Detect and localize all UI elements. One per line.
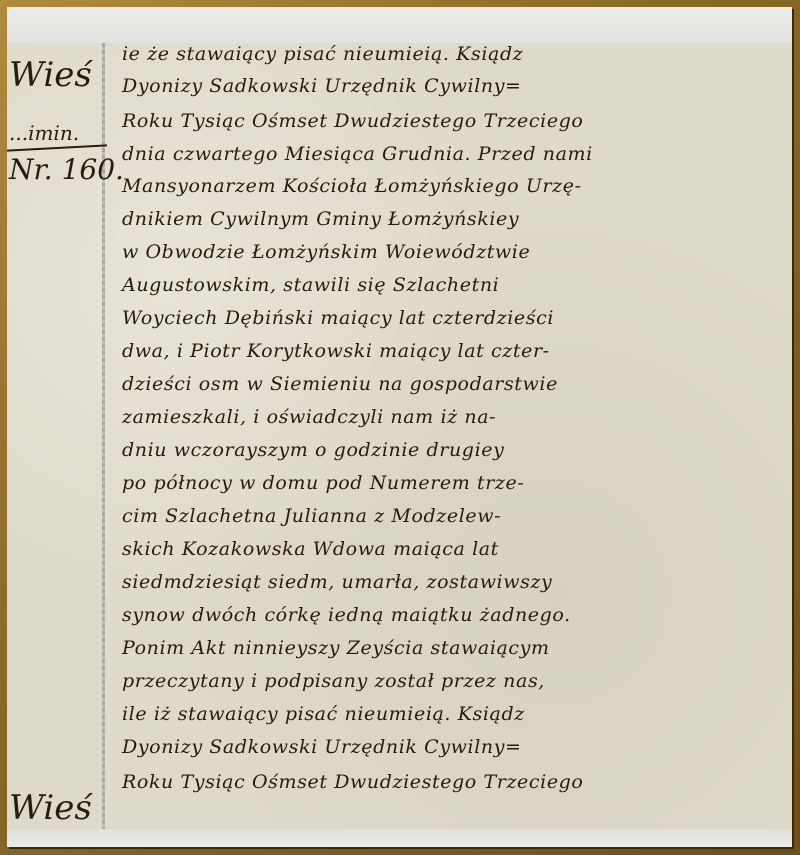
text-line: po północy w domu pod Numerem trze-	[122, 472, 524, 494]
manuscript-page: Wieś ...imin. Nr. 160. Wieś ie że stawai…	[7, 43, 792, 829]
text-line: dnikiem Cywilnym Gminy Łomżyńskiey	[122, 208, 519, 230]
backing-strip-bottom	[7, 829, 792, 847]
text-line: Augustowskim, stawili się Szlachetni	[122, 274, 499, 296]
text-line: dwa, i Piotr Korytkowski maiący lat czte…	[122, 340, 550, 362]
text-line: Dyonizy Sadkowski Urzędnik Cywilny=	[122, 75, 522, 97]
margin-underline	[7, 144, 107, 151]
text-line: Roku Tysiąc Ośmset Dwudziestego Trzecieg…	[122, 771, 583, 793]
text-line: skich Kozakowska Wdowa maiąca lat	[122, 538, 499, 560]
margin-heading-bottom: Wieś	[9, 788, 92, 828]
text-line: Woyciech Dębiński maiący lat czterdzieśc…	[122, 307, 554, 329]
text-line: Ponim Akt ninnieyszy Zeyścia stawaiącym	[122, 637, 550, 659]
text-line: dniu wczorayszym o godzinie drugiey	[122, 439, 504, 461]
image-viewport: Wieś ...imin. Nr. 160. Wieś ie że stawai…	[7, 7, 792, 847]
record-number: Nr. 160.	[9, 153, 124, 186]
text-line: dzieści osm w Siemieniu na gospodarstwie	[122, 373, 558, 395]
text-line: ie że stawaiący pisać nieumieią. Ksiądz	[122, 43, 523, 65]
margin-heading-top: Wieś	[9, 55, 92, 95]
text-line: przeczytany i podpisany został przez nas…	[122, 670, 545, 692]
gold-frame: Wieś ...imin. Nr. 160. Wieś ie że stawai…	[0, 0, 800, 855]
text-line: w Obwodzie Łomżyńskim Woiewództwie	[122, 241, 530, 263]
text-line: dnia czwartego Miesiąca Grudnia. Przed n…	[122, 143, 593, 165]
backing-strip-top	[7, 7, 792, 43]
text-line: Dyonizy Sadkowski Urzędnik Cywilny=	[122, 736, 522, 758]
text-line: synow dwóch córkę iedną maiątku żadnego.	[122, 604, 571, 626]
text-line: Mansyonarzem Kościoła Łomżyńskiego Urzę-	[122, 175, 582, 197]
margin-subheading: ...imin.	[9, 121, 79, 145]
text-line: Roku Tysiąc Ośmset Dwudziestego Trzecieg…	[122, 110, 583, 132]
text-line: cim Szlachetna Julianna z Modzelew-	[122, 505, 501, 527]
text-line: ile iż stawaiący pisać nieumieią. Ksiądz	[122, 703, 525, 725]
text-line: zamieszkali, i oświadczyli nam iż na-	[122, 406, 496, 428]
text-line: siedmdziesiąt siedm, umarła, zostawiwszy	[122, 571, 552, 593]
